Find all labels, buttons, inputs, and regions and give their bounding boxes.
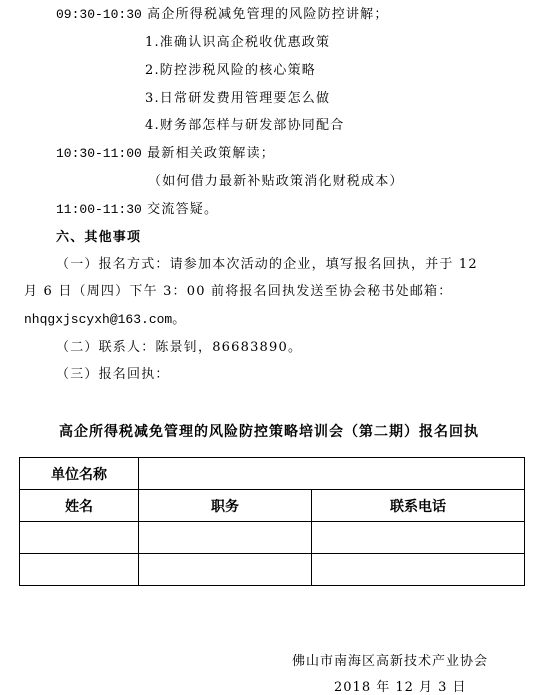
schedule-time: 09:30-10:30 xyxy=(56,7,142,22)
table-row xyxy=(20,522,525,554)
unit-name-field[interactable] xyxy=(139,458,525,490)
schedule-topic: 交流答疑。 xyxy=(147,202,218,217)
schedule-row-3: 11:00-11:30 交流答疑。 xyxy=(56,201,218,219)
unit-row: 单位名称 xyxy=(20,458,525,490)
form-title: 高企所得税减免管理的风险防控策略培训会（第二期）报名回执 xyxy=(0,421,538,441)
section-heading: 六、其他事项 xyxy=(56,229,141,247)
unit-label: 单位名称 xyxy=(20,458,139,490)
table-row xyxy=(20,554,525,586)
schedule-topic: 最新相关政策解读； xyxy=(147,146,275,161)
schedule-topic: 高企所得税减免管理的风险防控讲解； xyxy=(147,7,388,22)
schedule-time: 11:00-11:30 xyxy=(56,202,142,217)
phone-cell[interactable] xyxy=(312,522,525,554)
name-cell[interactable] xyxy=(20,554,139,586)
schedule-item: 4.财务部怎样与研发部协同配合 xyxy=(145,117,344,135)
schedule-row-2: 10:30-11:00 最新相关政策解读； xyxy=(56,145,275,163)
phone-cell[interactable] xyxy=(312,554,525,586)
schedule-item: 1.准确认识高企税收优惠政策 xyxy=(145,34,330,52)
registration-paragraph-line1: （一）报名方式：请参加本次活动的企业，填写报名回执，并于 12 xyxy=(56,256,478,274)
schedule-time: 10:30-11:00 xyxy=(56,146,142,161)
signature-org: 佛山市南海区高新技术产业协会 xyxy=(292,650,488,669)
schedule-row-1: 09:30-10:30 高企所得税减免管理的风险防控讲解； xyxy=(56,6,389,24)
schedule-note: （如何借力最新补贴政策消化财税成本） xyxy=(148,173,404,191)
signature-date: 2018 年 12 月 3 日 xyxy=(334,676,467,695)
column-header-phone: 联系电话 xyxy=(312,490,525,522)
position-cell[interactable] xyxy=(139,522,312,554)
schedule-item: 2.防控涉税风险的核心策略 xyxy=(145,62,316,80)
contact-paragraph: （二）联系人：陈景钊，86683890。 xyxy=(56,339,302,357)
receipt-paragraph: （三）报名回执： xyxy=(56,366,170,384)
schedule-item: 3.日常研发费用管理要怎么做 xyxy=(145,90,330,108)
registration-paragraph-line2: 月 6 日（周四）下午 3：00 前将报名回执发送至协会秘书处邮箱： xyxy=(24,283,452,301)
column-header-name: 姓名 xyxy=(20,490,139,522)
name-cell[interactable] xyxy=(20,522,139,554)
column-header-position: 职务 xyxy=(139,490,312,522)
header-row: 姓名 职务 联系电话 xyxy=(20,490,525,522)
registration-email: nhqgxjscyxh@163.com。 xyxy=(24,311,185,329)
registration-form-table: 单位名称 姓名 职务 联系电话 xyxy=(19,457,525,586)
position-cell[interactable] xyxy=(139,554,312,586)
